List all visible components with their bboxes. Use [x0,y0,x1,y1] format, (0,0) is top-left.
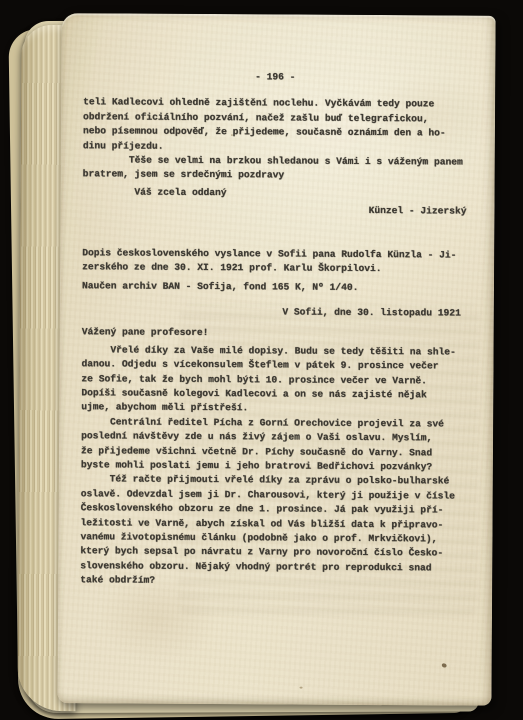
letter1-closing-paragraph: Těše se velmi na brzkou shledanou s Vámi… [83,153,467,184]
paper-speck [441,663,447,669]
photo-background: - 196 - teli Kadlecovi ohledně zajištění… [0,0,523,720]
letter2-salutation: Vážený pane profesore! [82,326,466,343]
open-book: - 196 - teli Kadlecovi ohledně zajištění… [0,0,523,720]
letter1-body-continuation: teli Kadlecovi ohledně zajištění noclehu… [83,96,467,156]
archive-note-description: Dopis československého vyslance v Sofii … [82,246,466,277]
typewritten-text: - 196 - teli Kadlecovi ohledně zajištění… [80,69,467,590]
archive-note-source: Naučen archiv BAN - Sofija, fond 165 K, … [82,280,466,297]
letter1-valediction: Váš zcela oddaný [83,185,467,202]
letter2-paragraph-1: Vřelé díky za Vaše milé dopisy. Budu se … [81,343,465,417]
paper-speck [300,687,303,689]
letter2-dateline: V Sofii, dne 30. listopadu 1921 [82,304,466,321]
letter2-paragraph-2: Centrální ředitel Pícha z Gorní Orechovi… [81,415,465,475]
letter1-signature: Künzel - Jizerský [82,202,466,219]
page-number: - 196 - [83,69,467,86]
letter2-paragraph-3: Též račte přijmouti vřelé díky za zprávu… [80,473,465,591]
book-page: - 196 - teli Kadlecovi ohledně zajištění… [57,13,495,706]
